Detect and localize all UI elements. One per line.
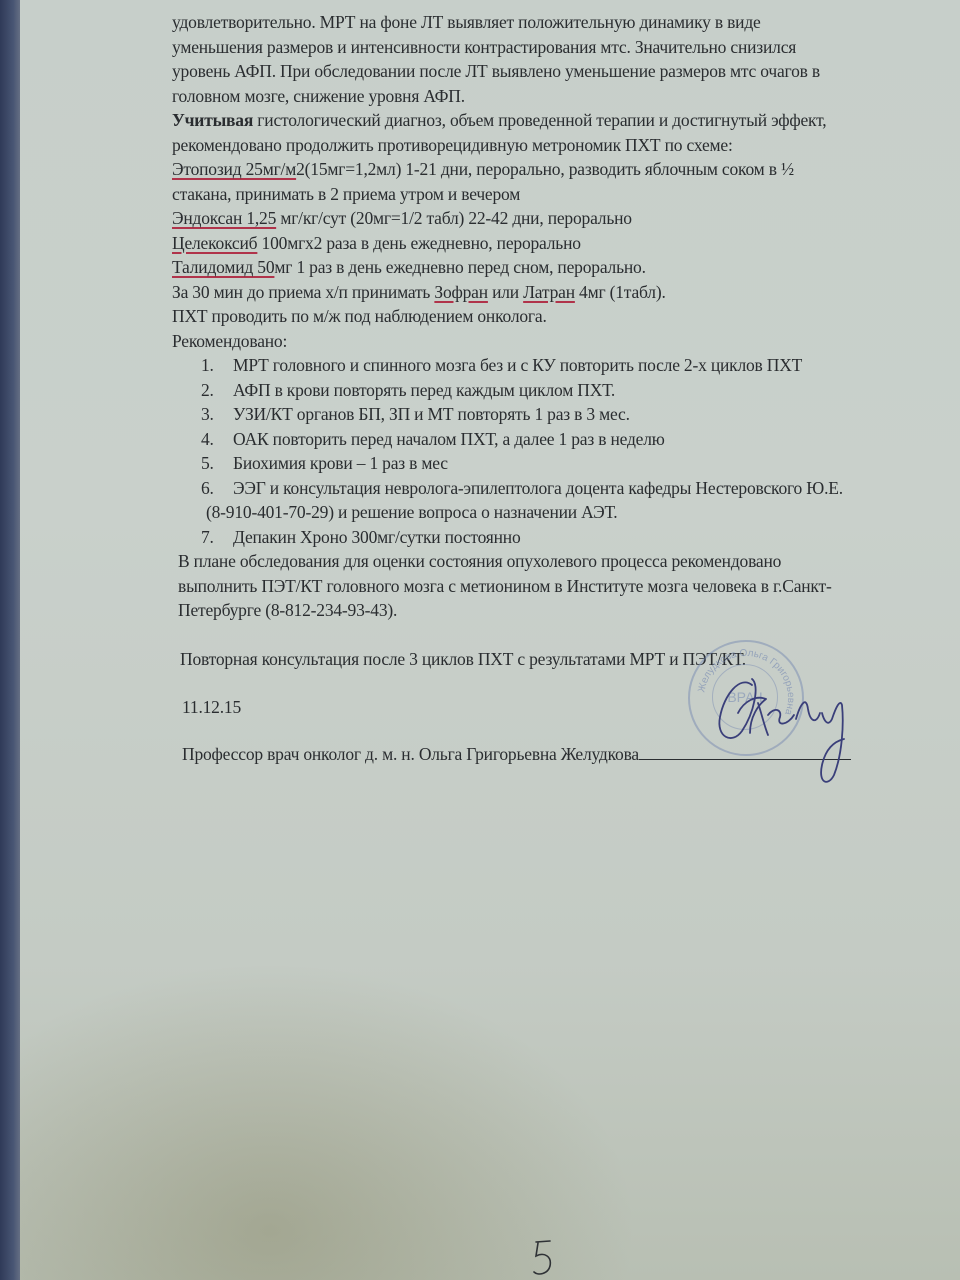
paragraph-considering: Учитывая гистологический диагноз, объем … [172,108,960,157]
list-text: МРТ головного и спинного мозга без и с К… [233,355,802,375]
text-span: или [488,282,523,302]
text-line: Петербурге (8-812-234-93-43). [178,598,960,623]
list-text: УЗИ/КТ органов БП, ЗП и МТ повторять 1 р… [233,404,630,424]
recommendations-list: 1.МРТ головного и спинного мозга без и с… [172,353,960,549]
bold-lead-word: Учитывая [172,110,253,130]
scheme-antiemetic: За 30 мин до приема х/п принимать Зофран… [172,280,960,305]
drug-name-thalidomide: Талидомид 50 [172,257,274,277]
list-number: 4. [201,427,214,452]
list-item: 6.ЭЭГ и консультация невролога-эпилептол… [172,476,960,525]
page-number-handwritten: 5 [530,1238,570,1278]
text-line: уровень АФП. При обследовании после ЛТ в… [172,59,960,84]
drug-name-endoxan: Эндоксан 1,25 [172,208,276,228]
handwritten-signature [710,655,870,790]
paragraph-plan: В плане обследования для оценки состояни… [178,549,960,623]
document-page: удовлетворительно. МРТ на фоне ЛТ выявля… [20,0,960,1280]
list-text: Депакин Хроно 300мг/сутки постоянно [233,527,521,547]
text-line: рекомендовано продолжить противорецидивн… [172,133,960,158]
text-span: За 30 мин до приема х/п принимать [172,282,434,302]
text-line: удовлетворительно. МРТ на фоне ЛТ выявля… [172,10,960,35]
text-line: уменьшения размеров и интенсивности конт… [172,35,960,60]
list-item: 2.АФП в крови повторять перед каждым цик… [172,378,960,403]
list-text: ОАК повторить перед началом ПХТ, а далее… [233,429,665,449]
drug-name-etoposide: Этопозид 25мг/м [172,159,296,179]
text-line: Учитывая гистологический диагноз, объем … [172,108,960,133]
drug-name-celecoxib: Целекоксиб [172,233,257,253]
list-number: 7. [201,525,214,550]
text-line: головном мозге, снижение уровня АФП. [172,84,960,109]
signatory-name: Профессор врач онколог д. м. н. Ольга Гр… [182,744,639,764]
dosage-text: мг/кг/сут (20мг=1/2 табл) 22-42 дни, пер… [276,208,632,228]
text-line: ПХТ проводить по м/ж под наблюдением онк… [172,304,960,329]
list-number: 1. [201,353,214,378]
text-line: В плане обследования для оценки состояни… [178,549,960,574]
desk-background-edge [0,0,22,1280]
text-span: гистологический диагноз, объем проведенн… [253,110,826,130]
drug-name-zofran: Зофран [434,282,488,302]
dosage-text: 100мгх2 раза в день ежедневно, пероральн… [257,233,580,253]
paragraph-findings: удовлетворительно. МРТ на фоне ЛТ выявля… [172,10,960,108]
dosage-text: 2(15мг=1,2мл) 1-21 дни, перорально, разв… [296,159,794,179]
spacer [172,623,960,647]
list-number: 6. [201,476,214,501]
list-item: 5.Биохимия крови – 1 раз в мес [172,451,960,476]
scheme-endoxan: Эндоксан 1,25 мг/кг/сут (20мг=1/2 табл) … [172,206,960,231]
list-number: 2. [201,378,214,403]
scheme-thalidomide: Талидомид 50мг 1 раз в день ежедневно пе… [172,255,960,280]
drug-name-latran: Латран [523,282,575,302]
list-text: Биохимия крови – 1 раз в мес [233,453,448,473]
scheme-celecoxib: Целекоксиб 100мгх2 раза в день ежедневно… [172,231,960,256]
list-item: 3.УЗИ/КТ органов БП, ЗП и МТ повторять 1… [172,402,960,427]
recommended-heading: Рекомендовано: [172,329,960,354]
scheme-etoposide: Этопозид 25мг/м2(15мг=1,2мл) 1-21 дни, п… [172,157,960,182]
list-number: 3. [201,402,214,427]
list-text-continuation: (8-910-401-70-29) и решение вопроса о на… [206,500,960,525]
document-body: удовлетворительно. МРТ на фоне ЛТ выявля… [172,10,960,766]
list-text: ЭЭГ и консультация невролога-эпилептолог… [233,478,843,498]
text-line: стакана, принимать в 2 приема утром и ве… [172,182,960,207]
list-item: 4.ОАК повторить перед началом ПХТ, а дал… [172,427,960,452]
list-text: АФП в крови повторять перед каждым цикло… [233,380,615,400]
text-span: 4мг (1табл). [575,282,666,302]
dosage-text: мг 1 раз в день ежедневно перед сном, пе… [274,257,645,277]
text-line: выполнить ПЭТ/КТ головного мозга с метио… [178,574,960,599]
treatment-scheme: Этопозид 25мг/м2(15мг=1,2мл) 1-21 дни, п… [172,157,960,329]
list-number: 5. [201,451,214,476]
list-item: 1.МРТ головного и спинного мозга без и с… [172,353,960,378]
list-item: 7.Депакин Хроно 300мг/сутки постоянно [172,525,960,550]
